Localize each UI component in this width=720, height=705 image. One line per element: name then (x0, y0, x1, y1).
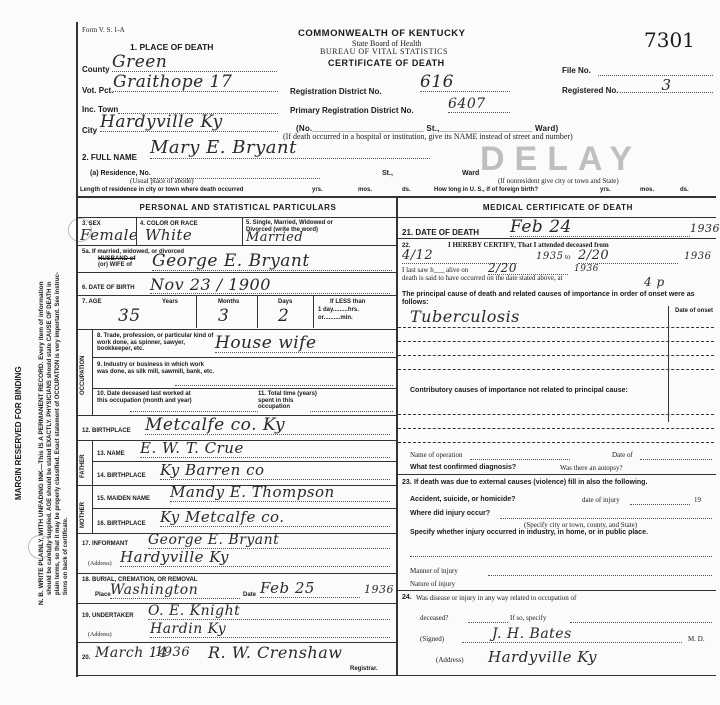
occupation-number: 24. (402, 594, 412, 602)
age-days-value[interactable]: 2 (278, 306, 289, 326)
divider (76, 295, 396, 296)
divider (196, 295, 197, 328)
place-of-death-title: 1. PLACE OF DEATH (130, 42, 213, 52)
where-label: Where did injury occur? (410, 510, 490, 518)
registrar-label: Registrar. (350, 666, 378, 673)
divider (92, 388, 396, 389)
us-mos: mos. (640, 187, 654, 194)
last-saw-label: I last saw h___ alive on (402, 266, 468, 274)
margin-instruction-1: N. B. WRITE PLAINLY, WITH UNFADING INK—T… (38, 281, 45, 605)
cause-line (398, 369, 714, 370)
dob-value[interactable]: Nov 23 / 1900 (150, 276, 390, 294)
city-label: City (82, 126, 97, 135)
contributory-label: Contributory causes of importance not re… (410, 387, 650, 395)
birthplace-label: 12. BIRTHPLACE (82, 428, 131, 435)
sex-value[interactable]: Female (80, 226, 138, 244)
us-yrs: yrs. (600, 187, 611, 194)
dod-year[interactable]: 1936 (690, 222, 720, 235)
manner-label: Manner of injury (410, 567, 458, 575)
father-name-label: 13. NAME (97, 451, 125, 458)
primary-registration-label: Primary Registration District No. (290, 106, 414, 115)
header-bureau: BUREAU OF VITAL STATISTICS (320, 47, 448, 56)
divider (76, 272, 396, 273)
form-left-border (76, 22, 78, 677)
cause-line (398, 442, 714, 443)
death-certificate: MARGIN RESERVED FOR BINDING N. B. WRITE … (0, 0, 720, 705)
deceased-field[interactable] (468, 621, 508, 623)
form-number: Form V. S. 1-A (82, 26, 125, 34)
father-birthplace-label: 14. BIRTHPLACE (97, 473, 146, 480)
father-birthplace-value[interactable]: Ky Barren co (160, 462, 390, 480)
cause-line (398, 341, 714, 342)
divider (76, 217, 396, 218)
test-label: What test confirmed diagnosis? (410, 464, 516, 472)
days-label: Days (278, 299, 292, 306)
years-label: Years (162, 299, 178, 306)
attended-to-value[interactable]: 2/20 (578, 249, 678, 264)
age-months-value[interactable]: 3 (218, 306, 229, 326)
primary-registration-value[interactable]: 6407 (448, 96, 510, 113)
mother-birthplace-value[interactable]: Ky Metcalfe co. (160, 509, 390, 527)
injury-date-field[interactable] (630, 503, 690, 505)
divider (668, 306, 669, 422)
industry-field[interactable] (175, 384, 393, 386)
attended-to-year[interactable]: 1936 (684, 251, 711, 262)
length-of-residence-label: Length of residence in city or town wher… (80, 187, 243, 194)
dob-label: 6. DATE OF BIRTH (82, 285, 135, 292)
signed-label: (Signed) (420, 635, 444, 643)
divider (242, 217, 243, 245)
trade-label: 8. Trade, profession, or particular kind… (97, 333, 215, 353)
mother-birthplace-label: 16. BIRTHPLACE (97, 521, 146, 528)
nature-label: Nature of injury (410, 580, 455, 588)
full-name-label: 2. FULL NAME (82, 153, 137, 162)
marital-value[interactable]: Married (246, 230, 303, 245)
divider (136, 217, 137, 245)
us-ds: ds. (680, 187, 689, 194)
mother-maiden-label: 15. MAIDEN NAME (97, 496, 150, 503)
registered-no-value[interactable]: 3 (620, 78, 713, 93)
age-label: 7. AGE (82, 299, 101, 306)
md-label: M. D. (688, 635, 705, 643)
filed-year-value[interactable]: 1936 (155, 645, 190, 660)
external-text: If death was due to external causes (vio… (414, 479, 714, 487)
registration-district-label: Registration District No. (290, 87, 382, 96)
occupation-question: Was disease or injury in any way related… (416, 594, 576, 602)
divider (92, 329, 93, 415)
margin-instruction-3: plain terms, so that it may be properly … (55, 272, 61, 595)
usual-abode-note: (Usual place of abode) (130, 177, 194, 185)
physician-address-label: (Address) (436, 656, 464, 664)
spouse-value[interactable]: George E. Bryant (152, 252, 392, 271)
vot-pct-label: Vot. Pct. (82, 86, 113, 95)
spouse-label-3: (or) WIFE of (98, 262, 132, 269)
death-said-text: death is said to have occurred on the da… (402, 274, 712, 282)
operation-field[interactable] (470, 458, 570, 460)
specify-label: Specify whether injury occurred in indus… (410, 529, 714, 537)
divider (257, 295, 258, 328)
file-no-field[interactable] (598, 74, 713, 76)
undertaker-address-value[interactable]: Hardin Ky (150, 621, 390, 638)
burial-year-value[interactable]: 1936 (364, 583, 394, 596)
principal-cause-value[interactable]: Tuberculosis (410, 307, 520, 326)
divider (313, 295, 314, 328)
specify-field[interactable] (410, 555, 712, 557)
industry-label: 9. Industry or business in which work wa… (97, 362, 215, 375)
occupation-side-label: OCCUPATION (80, 356, 86, 395)
operation-label: Name of operation (410, 451, 462, 459)
last-worked-field[interactable] (130, 410, 258, 412)
where-note: (Specify city or town, county, and State… (524, 521, 637, 529)
trade-value[interactable]: House wife (215, 334, 393, 353)
father-side-label: FATHER (80, 454, 86, 478)
registration-district-value[interactable]: 616 (420, 74, 510, 92)
external-number: 23. (402, 479, 412, 487)
total-time-label: 11. Total time (years) spent in this occ… (258, 391, 323, 411)
principal-cause-text: The principal cause of death and related… (402, 291, 712, 307)
burial-date-label: Date (243, 592, 256, 599)
divider (396, 238, 716, 239)
filed-label: 20. (82, 655, 90, 662)
mother-side-label: MOTHER (80, 502, 86, 528)
medical-section-title: MEDICAL CERTIFICATE OF DEATH (400, 203, 716, 212)
column-divider (396, 196, 398, 676)
city-value[interactable]: Hardyville Ky (100, 114, 278, 132)
less-min-label: or..........min. (318, 315, 353, 322)
margin-reserved-label: MARGIN RESERVED FOR BINDING (14, 366, 23, 500)
margin-instruction-4: tions on back of certificate. (63, 517, 69, 595)
less-than-label: If LESS than (330, 299, 365, 306)
to-label: to (565, 253, 570, 261)
burial-place-value[interactable]: Washington (110, 582, 240, 599)
header-commonwealth: COMMONWEALTH OF KENTUCKY (298, 28, 466, 39)
how-long-us-label: How long in U. S., if of foreign birth? (434, 187, 538, 194)
burial-place-label: Place (95, 592, 111, 599)
physician-signature[interactable]: J. H. Bates (462, 626, 682, 643)
divider (92, 440, 93, 485)
if-so-label: If so, specify (510, 614, 546, 622)
divider (76, 573, 396, 574)
informant-address-value[interactable]: Hardyville Ky (120, 549, 390, 567)
total-time-field[interactable] (310, 410, 393, 412)
physician-address-value[interactable]: Hardyville Ky (488, 648, 597, 666)
informant-value[interactable]: George E. Bryant (148, 532, 390, 549)
certificate-number: 7301 (644, 28, 695, 52)
length-mos: mos. (358, 187, 372, 194)
county-value[interactable]: Green (112, 54, 277, 72)
residence-ward-label: Ward (462, 170, 479, 178)
length-ds: ds. (402, 187, 411, 194)
registrar-signature[interactable]: R. W. Crenshaw (208, 643, 342, 662)
birthplace-value[interactable]: Metcalfe co. Ky (145, 416, 390, 435)
cause-line (398, 355, 714, 356)
divider (396, 590, 716, 591)
undertaker-address-label: (Address) (88, 632, 112, 639)
length-yrs: yrs. (312, 187, 323, 194)
dod-label: 21. DATE OF DEATH (402, 228, 479, 237)
last-saw-year[interactable]: 1936 (574, 264, 599, 274)
full-name-value[interactable]: Mary E. Bryant (150, 138, 430, 159)
time-of-death-value[interactable]: 4 p (644, 275, 665, 289)
file-no-label: File No. (562, 66, 591, 75)
where-field[interactable] (500, 517, 712, 519)
operation-date-field[interactable] (640, 458, 712, 460)
registered-no-label: Registered No. (562, 86, 618, 95)
attended-from-year[interactable]: 1935 (536, 251, 563, 262)
date-of-onset-label: Date of onset (672, 308, 716, 315)
cause-line (398, 327, 714, 328)
delay-stamp: DELAY (480, 140, 642, 179)
undertaker-value[interactable]: O. E. Knight (148, 603, 390, 620)
last-worked-label: 10. Date deceased last worked at this oc… (97, 391, 197, 404)
burial-date-value[interactable]: Feb 25 (260, 580, 360, 598)
residence-st-label: St., (382, 170, 393, 178)
divider (76, 329, 396, 330)
father-name-value[interactable]: E. W. T. Crue (140, 440, 390, 458)
injury-year-label: 19 (694, 496, 701, 504)
cause-line (398, 428, 714, 429)
nonresident-note: (If nonresident give city or town and St… (498, 177, 619, 185)
deceased-label: deceased? (420, 614, 448, 622)
autopsy-label: Was there an autopsy? (560, 464, 623, 472)
manner-field[interactable] (488, 574, 712, 576)
divider (92, 485, 93, 533)
mother-maiden-value[interactable]: Mandy E. Thompson (170, 484, 390, 502)
undertaker-label: 19. UNDERTAKER (82, 613, 134, 620)
informant-address-label: (Address) (88, 561, 112, 568)
divider (76, 245, 396, 246)
informant-label: 17. INFORMANT (82, 541, 128, 548)
margin-instruction-2: should be carefully supplied. AGE should… (47, 282, 53, 596)
color-value[interactable]: White (145, 226, 192, 244)
header-certificate: CERTIFICATE OF DEATH (328, 58, 445, 68)
county-label: County (82, 65, 110, 74)
accident-label: Accident, suicide, or homicide? (410, 496, 515, 504)
dod-value[interactable]: Feb 24 (510, 218, 690, 237)
less-day-label: 1 day.........hrs. (318, 307, 359, 314)
divider (92, 357, 396, 358)
divider (396, 474, 716, 475)
months-label: Months (218, 299, 239, 306)
personal-section-title: PERSONAL AND STATISTICAL PARTICULARS (80, 203, 396, 212)
age-years-value[interactable]: 35 (118, 306, 141, 326)
if-so-field[interactable] (570, 621, 712, 623)
operation-date-label: Date of (612, 451, 633, 459)
injury-date-label: date of injury (582, 496, 620, 504)
cause-line (398, 414, 714, 415)
vot-pct-value[interactable]: Graithope 17 (113, 74, 278, 92)
